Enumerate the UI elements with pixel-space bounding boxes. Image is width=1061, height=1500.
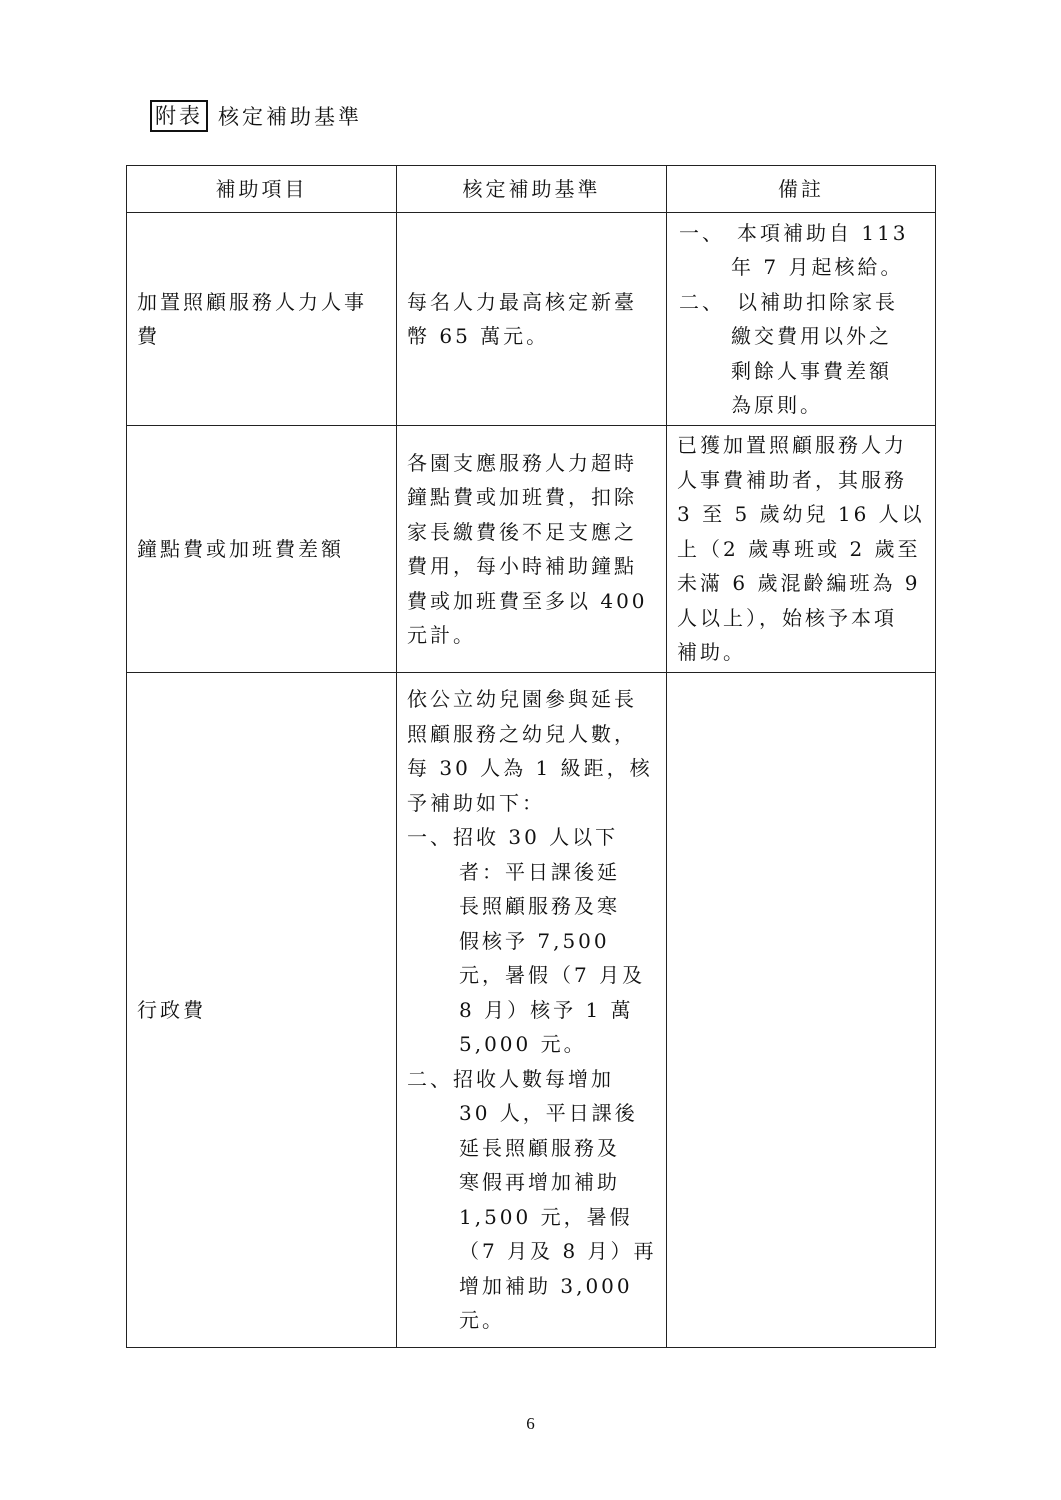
standard-item-2: 二、招收人數每增加: [407, 1062, 666, 1097]
subsidy-standards-table: 補助項目 核定補助基準 備註 加置照顧服務人力人事 費 每名人力最高核定新臺 幣…: [126, 165, 936, 1348]
column-header-notes: 備註: [667, 166, 936, 213]
page-title: 核定補助基準: [218, 101, 362, 131]
cell-item: 加置照顧服務人力人事 費: [127, 213, 397, 426]
cell-notes: 一、本項補助自 113 年 7 月起核給。 二、以補助扣除家長 繳交費用以外之 …: [667, 213, 936, 426]
page-header: 附表 核定補助基準: [150, 100, 362, 132]
appendix-tag: 附表: [150, 100, 208, 132]
cell-standard: 每名人力最高核定新臺 幣 65 萬元。: [397, 213, 667, 426]
cell-item: 鐘點費或加班費差額: [127, 426, 397, 673]
table-header-row: 補助項目 核定補助基準 備註: [127, 166, 936, 213]
cell-notes-empty: [667, 673, 936, 1348]
cell-standard: 各園支應服務人力超時 鐘點費或加班費，扣除 家長繳費後不足支應之 費用，每小時補…: [397, 426, 667, 673]
note-item-1: 一、本項補助自 113: [679, 216, 935, 251]
note-item-2: 二、以補助扣除家長: [679, 285, 935, 320]
column-header-standard: 核定補助基準: [397, 166, 667, 213]
page-number: 6: [0, 1414, 1061, 1434]
cell-notes: 已獲加置照顧服務人力 人事費補助者，其服務 3 至 5 歲幼兒 16 人以 上（…: [667, 426, 936, 673]
cell-standard: 依公立幼兒園參與延長 照顧服務之幼兒人數， 每 30 人為 1 級距，核 予補助…: [397, 673, 667, 1348]
table-row: 鐘點費或加班費差額 各園支應服務人力超時 鐘點費或加班費，扣除 家長繳費後不足支…: [127, 426, 936, 673]
table-row: 行政費 依公立幼兒園參與延長 照顧服務之幼兒人數， 每 30 人為 1 級距，核…: [127, 673, 936, 1348]
cell-item: 行政費: [127, 673, 397, 1348]
column-header-item: 補助項目: [127, 166, 397, 213]
table-row: 加置照顧服務人力人事 費 每名人力最高核定新臺 幣 65 萬元。 一、本項補助自…: [127, 213, 936, 426]
standard-item-1: 一、招收 30 人以下: [407, 820, 666, 855]
